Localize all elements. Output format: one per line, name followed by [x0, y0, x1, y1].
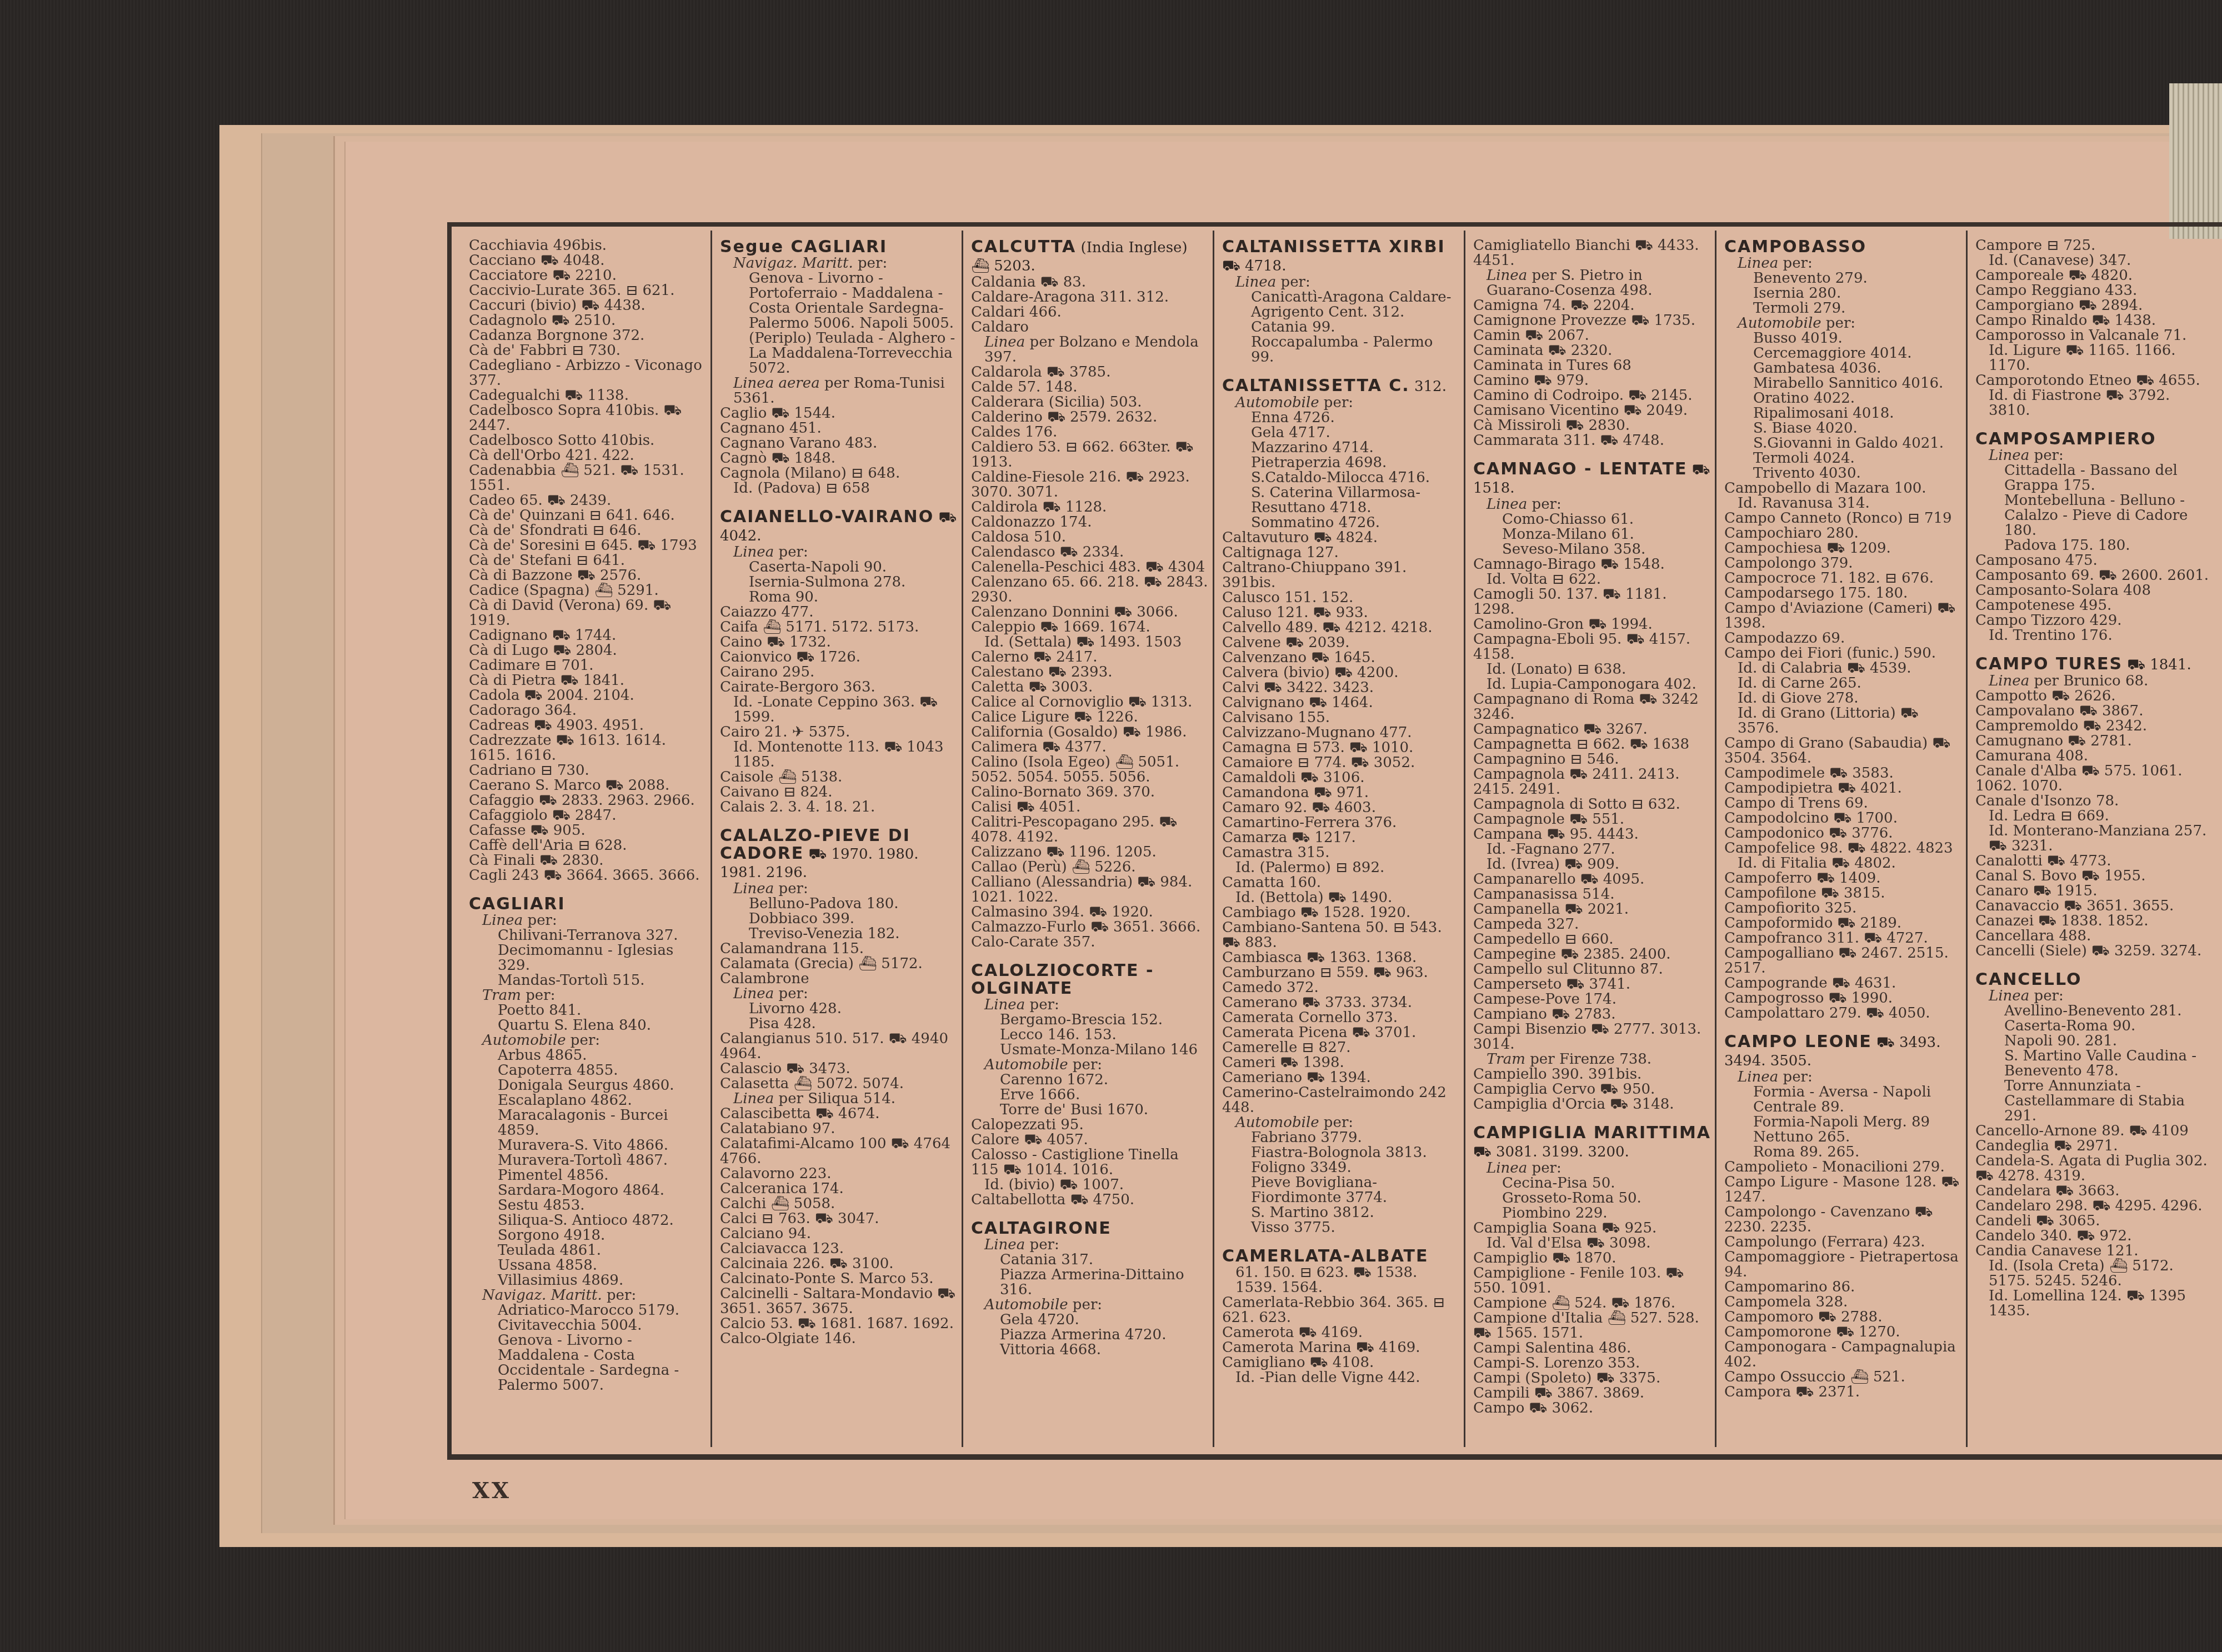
- index-entry: Campanarello ⛟ 4095.: [1473, 872, 1711, 887]
- index-entry: Cà Missiroli ⛟ 2830.: [1473, 418, 1711, 433]
- index-entry: Campi-S. Lorenzo 353.: [1473, 1356, 1711, 1371]
- index-entry: Calde 57. 148.: [971, 380, 1209, 395]
- transport-type-label: Linea: [1738, 1069, 1778, 1085]
- index-subentry: Montebelluna - Belluno - Calalzo - Pieve…: [1975, 493, 2215, 538]
- index-subentry: Chilivani-Terranova 327.: [469, 928, 707, 943]
- index-entry: Campodipietra ⛟ 4021.: [1724, 781, 1963, 796]
- transport-type-label: Linea: [1487, 1160, 1527, 1177]
- index-entry: Campagnano di Roma ⛟ 3242 3246.: [1473, 692, 1711, 722]
- index-subentry: Id. (Lonato) ⊟ 638.: [1473, 662, 1711, 677]
- index-entry: Campanasissa 514.: [1473, 887, 1711, 902]
- heading-text: CAMNAGO - LENTATE: [1473, 459, 1688, 479]
- index-entry: Camaldoli ⛟ 3106.: [1222, 770, 1460, 785]
- index-entry: Cà di Bazzone ⛟ 2576.: [469, 568, 707, 583]
- index-subentry: Pieve Bovigliana-Fiordimonte 3774.: [1222, 1175, 1460, 1205]
- index-entry: Camporeale ⛟ 4820.: [1975, 268, 2215, 283]
- index-entry: Caleppio ⛟ 1669. 1674.: [971, 620, 1209, 635]
- index-entry: Campese-Pove 174.: [1473, 992, 1711, 1007]
- index-subentry: Catania 99.: [1222, 320, 1460, 335]
- index-entry: Cadenabbia ⛴ 521. ⛟ 1531. 1551.: [469, 463, 707, 493]
- index-entry: Camerota Marina ⛟ 4169.: [1222, 1340, 1460, 1355]
- heading-text: CAIANELLO-VAIRANO: [720, 507, 934, 527]
- index-entry: Campogrande ⛟ 4631.: [1724, 976, 1963, 991]
- index-entry: Campotenese 495.: [1975, 598, 2215, 613]
- index-subentry: Id. (Bettola) ⛟ 1490.: [1222, 890, 1460, 905]
- index-entry: Campagnola di Sotto ⊟ 632.: [1473, 797, 1711, 812]
- index-subentry: Sorgono 4918.: [469, 1228, 707, 1243]
- index-subentry: Visso 3775.: [1222, 1220, 1460, 1235]
- index-entry: Campore ⊟ 725.: [1975, 238, 2215, 253]
- index-subentry: Napoli 90. 281.: [1975, 1034, 2215, 1049]
- index-subentry: Como-Chiasso 61.: [1473, 512, 1711, 527]
- index-entry: Cambiasca ⛟ 1363. 1368.: [1222, 950, 1460, 965]
- index-entry: Camastra 315.: [1222, 845, 1460, 860]
- index-subentry: Siliqua-S. Antioco 4872.: [469, 1213, 707, 1228]
- index-entry: Cancellara 488.: [1975, 929, 2215, 944]
- index-subentry: Id. -Lonate Ceppino 363. ⛟ 1599.: [720, 695, 958, 725]
- section-heading: CAMERLATA-ALBATE: [1222, 1248, 1460, 1265]
- index-subentry: Padova 175. 180.: [1975, 538, 2215, 553]
- index-subentry: S.Giovanni in Galdo 4021.: [1724, 436, 1963, 451]
- index-entry: Camposanto-Solara 408: [1975, 583, 2215, 598]
- heading-text: CALTANISSETTA XIRBI: [1222, 237, 1445, 257]
- index-entry: Campofelice 98. ⛟ 4822. 4823: [1724, 841, 1963, 856]
- index-subentry: Linea per:: [1473, 497, 1711, 512]
- index-subentry: Id. Lomellina 124. ⛟ 1395 1435.: [1975, 1289, 2215, 1319]
- index-subentry: Id. -Fagnano 277.: [1473, 842, 1711, 857]
- page-number: XX: [472, 1478, 511, 1504]
- index-entry: Calenella-Peschici 483. ⛟ 4304: [971, 560, 1209, 575]
- book-binding-edge: [2169, 83, 2222, 239]
- transport-type-label: Automobile: [984, 1296, 1068, 1313]
- index-entry: Candelo 340. ⛟ 972.: [1975, 1229, 2215, 1244]
- index-entry: Caltabellotta ⛟ 4750.: [971, 1193, 1209, 1208]
- index-entry: Calvignano ⛟ 1464.: [1222, 695, 1460, 710]
- index-entry: Caccivio-Lurate 365. ⊟ 621.: [469, 283, 707, 298]
- section-heading: CAMPO LEONE ⛟ 3493. 3494. 3505.: [1724, 1033, 1963, 1070]
- index-subentry: Torre Annunziata - Castellammare di Stab…: [1975, 1079, 2215, 1124]
- index-subentry: Villasimius 4869.: [469, 1273, 707, 1288]
- index-entry: Cairate-Bergoro 363.: [720, 680, 958, 695]
- index-entry: Campo ⛟ 3062.: [1473, 1401, 1711, 1416]
- index-subentry: Muravera-Tortolì 4867.: [469, 1153, 707, 1168]
- index-entry: Camaro 92. ⛟ 4603.: [1222, 800, 1460, 815]
- index-entry: Caionvico ⛟ 1726.: [720, 650, 958, 665]
- index-subentry: Trivento 4030.: [1724, 466, 1963, 481]
- index-subentry: Linea aerea per Roma-Tunisi 5361.: [720, 376, 958, 406]
- index-subentry: Termoli 4024.: [1724, 451, 1963, 466]
- index-entry: Candia Canavese 121.: [1975, 1244, 2215, 1259]
- index-entry: Campo di Trens 69.: [1724, 796, 1963, 811]
- index-subentry: S. Martino 3812.: [1222, 1205, 1460, 1220]
- index-subentry: Id. (Ivrea) ⛟ 909.: [1473, 857, 1711, 872]
- index-entry: Caisole ⛴ 5138.: [720, 770, 958, 785]
- index-entry: Cadagnolo ⛟ 2510.: [469, 313, 707, 328]
- index-subentry: Ussana 4858.: [469, 1258, 707, 1273]
- index-subentry: Catania 317.: [971, 1253, 1209, 1268]
- index-subentry: Fabriano 3779.: [1222, 1130, 1460, 1145]
- heading-text: CALTAGIRONE: [971, 1219, 1112, 1238]
- index-entry: Campo Reggiano 433.: [1975, 283, 2215, 298]
- index-entry: Campana ⛟ 95. 4443.: [1473, 827, 1711, 842]
- index-subentry: Canicattì-Aragona Caldare-Agrigento Cent…: [1222, 290, 1460, 320]
- index-entry: Cadelbosco Sopra 410bis. ⛟ 2447.: [469, 403, 707, 433]
- index-entry: Caifa ⛴ 5171. 5172. 5173.: [720, 620, 958, 635]
- index-entry: Cancello-Arnone 89. ⛟ 4109: [1975, 1124, 2215, 1139]
- index-entry: Calopezzati 95.: [971, 1118, 1209, 1133]
- index-subentry: Pimentel 4856.: [469, 1168, 707, 1183]
- index-subentry: Id. Volta ⊟ 622.: [1473, 572, 1711, 587]
- heading-text: CAGLIARI: [469, 894, 565, 914]
- index-entry: Caltrano-Chiuppano 391. 391bis.: [1222, 560, 1460, 590]
- heading-text: Segue CAGLIARI: [720, 237, 887, 257]
- index-subentry: Automobile per:: [1724, 316, 1963, 331]
- index-entry: Campomarino 86.: [1724, 1280, 1963, 1295]
- index-entry: Cagnola (Milano) ⊟ 648.: [720, 466, 958, 481]
- index-subentry: Automobile per:: [469, 1033, 707, 1048]
- index-entry: Cà de' Quinzani ⊟ 641. 646.: [469, 508, 707, 523]
- index-subentry: Linea per:: [971, 1238, 1209, 1253]
- index-subentry: Escalaplano 4862.: [469, 1093, 707, 1108]
- index-subentry: Id. (Palermo) ⊟ 892.: [1222, 860, 1460, 875]
- index-entry: Calcinelli - Saltara-Mondavio ⛟ 3651. 36…: [720, 1286, 958, 1316]
- index-subentry: Id. Val d'Elsa ⛟ 3098.: [1473, 1236, 1711, 1251]
- index-entry: Camposanto 69. ⛟ 2600. 2601.: [1975, 568, 2215, 583]
- transport-type-label: Automobile: [1235, 394, 1319, 411]
- index-entry: Calatabiano 97.: [720, 1122, 958, 1137]
- index-subentry: Vittoria 4668.: [971, 1343, 1209, 1358]
- index-subentry: Capoterra 4855.: [469, 1063, 707, 1078]
- index-entry: Camino ⛟ 979.: [1473, 373, 1711, 388]
- heading-text: CALCUTTA: [971, 237, 1076, 257]
- index-entry: Calangianus 510. 517. ⛟ 4940 4964.: [720, 1032, 958, 1062]
- index-subentry: Mandas-Tortolì 515.: [469, 973, 707, 988]
- index-subentry: Piazza Armerina-Dittaino 316.: [971, 1268, 1209, 1298]
- index-subentry: Avellino-Benevento 281.: [1975, 1004, 2215, 1019]
- index-entry: Campagnatico ⛟ 3267.: [1473, 722, 1711, 737]
- index-entry: Caldania ⛟ 83.: [971, 275, 1209, 290]
- index-column-7: Campore ⊟ 725.Id. (Canavese) 347.Campore…: [1968, 231, 2219, 1447]
- index-entry: Campagnole ⛟ 551.: [1473, 812, 1711, 827]
- index-subentry: Id. di Calabria ⛟ 4539.: [1724, 661, 1963, 676]
- index-entry: Cammarata 311. ⛟ 4748.: [1473, 433, 1711, 448]
- index-subentry: Linea per:: [1473, 1161, 1711, 1176]
- index-entry: Camatta 160.: [1222, 875, 1460, 890]
- index-entry: Camerata Cornello 373.: [1222, 1010, 1460, 1025]
- index-entry: Calcinaia 226. ⛟ 3100.: [720, 1256, 958, 1271]
- index-subentry: Caserta-Napoli 90.: [720, 560, 958, 575]
- index-subentry: Gambatesa 4036.: [1724, 361, 1963, 376]
- index-entry: Calascio ⛟ 3473.: [720, 1062, 958, 1077]
- index-subentry: Piombino 229.: [1473, 1206, 1711, 1221]
- section-heading: CALOLZIOCORTE - OLGINATE: [971, 962, 1209, 998]
- index-entry: Cadeo 65. ⛟ 2439.: [469, 493, 707, 508]
- index-entry: Calamandrana 115.: [720, 942, 958, 957]
- index-subentry: Linea per:: [1724, 256, 1963, 271]
- index-subentry: Sestu 4853.: [469, 1198, 707, 1213]
- index-subentry: Pietraperzia 4698.: [1222, 455, 1460, 470]
- index-subentry: Treviso-Venezia 182.: [720, 927, 958, 942]
- index-subentry: Piazza Armerina 4720.: [971, 1328, 1209, 1343]
- transport-type-label: Tram: [1487, 1051, 1525, 1068]
- index-entry: Calvene ⛟ 2039.: [1222, 635, 1460, 650]
- index-subentry: Grosseto-Roma 50.: [1473, 1191, 1711, 1206]
- transport-type-label: Linea: [1989, 988, 2029, 1004]
- index-entry: Cameriano ⛟ 1394.: [1222, 1070, 1460, 1085]
- index-entry: Calco-Olgiate 146.: [720, 1331, 958, 1346]
- index-subentry: Decimomannu - Iglesias 329.: [469, 943, 707, 973]
- index-entry: Canal S. Bovo ⛟ 1955.: [1975, 869, 2215, 884]
- index-entry: Campofilone ⛟ 3815.: [1724, 886, 1963, 901]
- index-entry: Camarza ⛟ 1217.: [1222, 830, 1460, 845]
- index-entry: Calavorno 223.: [720, 1167, 958, 1182]
- index-entry: Calasetta ⛴ 5072. 5074.: [720, 1077, 958, 1092]
- index-entry: Campagnetta ⊟ 662. ⛟ 1638: [1473, 737, 1711, 752]
- heading-text: CANCELLO: [1975, 970, 2082, 989]
- index-subentry: Livorno 428.: [720, 1002, 958, 1017]
- transport-type-label: Linea: [984, 334, 1025, 351]
- transport-type-label: Tram: [482, 987, 521, 1004]
- index-subentry: Quartu S. Elena 840.: [469, 1018, 707, 1033]
- index-subentry: Id. Lupia-Camponogara 402.: [1473, 677, 1711, 692]
- index-entry: Caldes 176.: [971, 425, 1209, 440]
- index-subentry: Seveso-Milano 358.: [1473, 542, 1711, 557]
- index-entry: Campora ⛟ 2371.: [1724, 1385, 1963, 1400]
- index-entry: Camigliatello Bianchi ⛟ 4433. 4451.: [1473, 238, 1711, 268]
- index-entry: Calci ⊟ 763. ⛟ 3047.: [720, 1212, 958, 1227]
- index-entry: Calliano (Alessandria) ⛟ 984. 1021. 1022…: [971, 875, 1209, 905]
- index-entry: Campomoro ⛟ 2788.: [1724, 1310, 1963, 1325]
- heading-refs: ⛟ 1841.: [2123, 657, 2191, 673]
- index-entry: Calerno ⛟ 2417.: [971, 650, 1209, 665]
- index-entry: Calvisano 155.: [1222, 710, 1460, 725]
- index-subentry: Lecco 146. 153.: [971, 1028, 1209, 1043]
- index-entry: Cagnano Varano 483.: [720, 436, 958, 451]
- index-entry: Campodimele ⛟ 3583.: [1724, 766, 1963, 781]
- index-subentry: Monza-Milano 61.: [1473, 527, 1711, 542]
- index-entry: Calimera ⛟ 4377.: [971, 740, 1209, 755]
- index-entry: Campo Rinaldo ⛟ 1438.: [1975, 313, 2215, 328]
- index-subentry: Id. di Carne 265.: [1724, 676, 1963, 691]
- index-entry: California (Gosaldo) ⛟ 1986.: [971, 725, 1209, 740]
- index-subentry: Id. Ligure ⛟ 1165. 1166. 1170.: [1975, 343, 2215, 373]
- index-subentry: Cercemaggiore 4014.: [1724, 346, 1963, 361]
- index-entry: Campiglio ⛟ 1870.: [1473, 1251, 1711, 1266]
- index-entry: Cafasse ⛟ 905.: [469, 823, 707, 838]
- index-entry: Campofranco 311. ⛟ 4727.: [1724, 931, 1963, 946]
- index-entry: Cairo 21. ✈ 5375.: [720, 725, 958, 740]
- index-subentry: Automobile per:: [1222, 396, 1460, 411]
- index-entry: Campofiorito 325.: [1724, 901, 1963, 916]
- index-subentry: Linea per:: [469, 913, 707, 928]
- index-entry: Calizzano ⛟ 1196. 1205.: [971, 845, 1209, 860]
- index-subentry: Id. -Pian delle Vigne 442.: [1222, 1370, 1460, 1385]
- index-subentry: Formia-Napoli Merg. 89: [1724, 1115, 1963, 1130]
- index-entry: Camerino-Castelraimondo 242 448.: [1222, 1085, 1460, 1115]
- heading-text: CAMPIGLIA MARITTIMA: [1473, 1123, 1711, 1143]
- index-entry: Camerota ⛟ 4169.: [1222, 1325, 1460, 1340]
- index-entry: Candeglia ⛟ 2971.: [1975, 1139, 2215, 1154]
- index-entry: Cambiano-Santena 50. ⊟ 543. ⛟ 883.: [1222, 920, 1460, 950]
- index-subentry: Id. di Fiastrone ⛟ 3792. 3810.: [1975, 388, 2215, 418]
- index-entry: Calmazzo-Furlo ⛟ 3651. 3666.: [971, 920, 1209, 935]
- section-heading: CAGLIARI: [469, 895, 707, 913]
- section-heading: CAMPIGLIA MARITTIMA ⛟ 3081. 3199. 3200.: [1473, 1124, 1711, 1161]
- index-entry: Campione ⛴ 524. ⛟ 1876.: [1473, 1296, 1711, 1311]
- index-subentry: Navigaz. Maritt. per:: [469, 1288, 707, 1303]
- index-subentry: Fiastra-Bolognola 3813.: [1222, 1145, 1460, 1160]
- index-subentry: Linea per S. Pietro in Guarano-Cosenza 4…: [1473, 268, 1711, 298]
- index-entry: Campogalliano ⛟ 2467. 2515. 2517.: [1724, 946, 1963, 976]
- heading-text: CAMPOBASSO: [1724, 237, 1866, 257]
- index-column-1: Cacchiavia 496bis.Cacciano ⛟ 4048.Caccia…: [461, 231, 712, 1447]
- transport-type-label: Linea: [733, 880, 774, 897]
- index-entry: Caiazzo 477.: [720, 605, 958, 620]
- heading-text: CAMPO LEONE: [1724, 1032, 1872, 1052]
- index-subentry: Id. (Isola Creta) ⛴ 5172. 5175. 5245. 52…: [1975, 1259, 2215, 1289]
- index-entry: Cacciano ⛟ 4048.: [469, 253, 707, 268]
- index-entry: Calitri-Pescopagano 295. ⛟ 4078. 4192.: [971, 815, 1209, 845]
- index-subentry: Id. (bivio) ⛟ 1007.: [971, 1178, 1209, 1193]
- index-subentry: Caserta-Roma 90.: [1975, 1019, 2215, 1034]
- index-subentry: Gela 4720.: [971, 1313, 1209, 1328]
- index-entry: Campello sul Clitunno 87.: [1473, 962, 1711, 977]
- index-entry: Caldine-Fiesole 216. ⛟ 2923. 3070. 3071.: [971, 470, 1209, 500]
- index-entry: Calamata (Grecia) ⛴ 5172.: [720, 957, 958, 972]
- index-entry: Cameri ⛟ 1398.: [1222, 1055, 1460, 1070]
- index-entry: Campodolcino ⛟ 1700.: [1724, 811, 1963, 826]
- index-subentry: Linea per:: [720, 987, 958, 1002]
- index-entry: Caino ⛟ 1732.: [720, 635, 958, 650]
- index-entry: Cà de' Sfondrati ⊟ 646.: [469, 523, 707, 538]
- transport-type-label: Linea: [1235, 274, 1276, 291]
- transport-type-label: Automobile: [1235, 1114, 1319, 1131]
- index-entry: Calisi ⛟ 4051.: [971, 800, 1209, 815]
- index-subentry: Id. Ledra ⊟ 669.: [1975, 809, 2215, 824]
- index-entry: Campanella ⛟ 2021.: [1473, 902, 1711, 917]
- index-entry: Camerelle ⊟ 827.: [1222, 1040, 1460, 1055]
- index-entry: Camerano ⛟ 3733. 3734.: [1222, 995, 1460, 1010]
- index-entry: Cadignano ⛟ 1744.: [469, 628, 707, 643]
- index-entry: Calceranica 174.: [720, 1182, 958, 1197]
- index-subentry: Tram per Firenze 738.: [1473, 1052, 1711, 1067]
- index-subentry: Linea per:: [971, 998, 1209, 1013]
- index-entry: Campomaggiore - Pietrapertosa 94.: [1724, 1250, 1963, 1280]
- index-column-3: CALCUTTA (India Inglese) ⛴ 5203.Caldania…: [963, 231, 1214, 1447]
- transport-type-label: Linea aerea: [733, 375, 820, 392]
- index-entry: Camedo 372.: [1222, 980, 1460, 995]
- index-entry: Campagnino ⊟ 546.: [1473, 752, 1711, 767]
- index-entry: Campiano ⛟ 2783.: [1473, 1007, 1711, 1022]
- section-heading: CALTAGIRONE: [971, 1220, 1209, 1238]
- index-entry: Caccuri (bivio) ⛟ 4438.: [469, 298, 707, 313]
- index-subentry: Donigala Seurgus 4860.: [469, 1078, 707, 1093]
- transport-type-label: Linea: [482, 912, 523, 929]
- index-entry: Calestano ⛟ 2393.: [971, 665, 1209, 680]
- index-entry: Cadorago 364.: [469, 703, 707, 718]
- index-entry: Cagnano 451.: [720, 421, 958, 436]
- index-subentry: Linea per:: [720, 545, 958, 560]
- index-subentry: Linea per Brunico 68.: [1975, 674, 2215, 689]
- index-entry: Calendasco ⛟ 2334.: [971, 545, 1209, 560]
- index-entry: Campodazzo 69.: [1724, 631, 1963, 646]
- index-entry: Camporosso in Valcanale 71.: [1975, 328, 2215, 343]
- index-entry: Caldari 466.: [971, 305, 1209, 320]
- index-entry: Camperseto ⛟ 3741.: [1473, 977, 1711, 992]
- index-entry: Cadelbosco Sotto 410bis.: [469, 433, 707, 448]
- index-subentry: Dobbiaco 399.: [720, 912, 958, 927]
- index-subentry: Enna 4726.: [1222, 411, 1460, 425]
- transport-type-label: Linea: [984, 997, 1025, 1013]
- index-entry: Calambrone: [720, 972, 958, 987]
- heading-text: CALOLZIOCORTE - OLGINATE: [971, 961, 1154, 998]
- index-entry: Cadegliano - Arbizzo - Viconago 377.: [469, 358, 707, 388]
- index-subentry: Termoli 279.: [1724, 301, 1963, 316]
- index-subentry: Id. di Giove 278.: [1724, 691, 1963, 706]
- index-entry: Campili ⛟ 3867. 3869.: [1473, 1386, 1711, 1401]
- index-subentry: Benevento 279.: [1724, 271, 1963, 286]
- index-subentry: Automobile per:: [971, 1058, 1209, 1073]
- section-heading: CALALZO-PIEVE DI CADORE ⛟ 1970. 1980. 19…: [720, 827, 958, 882]
- index-entry: Calusco 151. 152.: [1222, 590, 1460, 605]
- index-entry: Camino di Codroipo. ⛟ 2145.: [1473, 388, 1711, 403]
- index-entry: Cà di David (Verona) 69. ⛟ 1919.: [469, 598, 707, 628]
- index-subentry: (Periplo) Teulada - Alghero - La Maddale…: [720, 331, 958, 376]
- index-subentry: Mirabello Sannitico 4016.: [1724, 376, 1963, 391]
- index-subentry: Formia - Aversa - Napoli Centrale 89.: [1724, 1085, 1963, 1115]
- index-entry: Campiello 390. 391bis.: [1473, 1067, 1711, 1082]
- transport-type-label: Linea: [1989, 447, 2029, 464]
- index-entry: Caminata in Tures 68: [1473, 358, 1711, 373]
- index-entry: Calino (Isola Egeo) ⛴ 5051. 5052. 5054. …: [971, 755, 1209, 785]
- transport-type-label: Linea: [1487, 496, 1527, 513]
- index-entry: Campo Tizzoro 429.: [1975, 613, 2215, 628]
- index-entry: Camin ⛟ 2067.: [1473, 328, 1711, 343]
- index-entry: Camigliano ⛟ 4108.: [1222, 1355, 1460, 1370]
- section-heading: CALTANISSETTA XIRBI ⛟ 4718.: [1222, 238, 1460, 275]
- index-subentry: Roma 90.: [720, 590, 958, 605]
- transport-type-label: Linea: [733, 985, 774, 1002]
- index-entry: Caivano ⊟ 824.: [720, 785, 958, 800]
- index-entry: Campolongo 379.: [1724, 556, 1963, 571]
- index-subentry: Poetto 841.: [469, 1003, 707, 1018]
- index-subentry: Linea per Siliqua 514.: [720, 1092, 958, 1107]
- index-entry: Campione d'Italia ⛴ 527. 528. ⛟ 1565. 15…: [1473, 1311, 1711, 1341]
- index-entry: Calenzano Donnini ⛟ 3066.: [971, 605, 1209, 620]
- section-heading: CAMPO TURES ⛟ 1841.: [1975, 655, 2215, 674]
- index-subentry: Genova - Livorno - Maddalena - Costa Occ…: [469, 1333, 707, 1393]
- index-subentry: Gela 4717.: [1222, 425, 1460, 440]
- index-entry: Camporgiano ⛟ 2894.: [1975, 298, 2215, 313]
- index-entry: Calcinato-Ponte S. Marco 53.: [720, 1271, 958, 1286]
- index-subentry: Bergamo-Brescia 152.: [971, 1013, 1209, 1028]
- transport-type-label: Linea: [733, 544, 774, 560]
- index-entry: Campi (Spoleto) ⛟ 3375.: [1473, 1371, 1711, 1386]
- transport-type-label: Linea: [733, 1090, 774, 1107]
- transport-type-label: Linea: [1487, 267, 1527, 284]
- index-entry: Campi Bisenzio ⛟ 2777. 3013. 3014.: [1473, 1022, 1711, 1052]
- section-heading: CAMPOBASSO: [1724, 238, 1963, 256]
- index-subentry: Civitavecchia 5004.: [469, 1318, 707, 1333]
- index-entry: Calchi ⛴ 5058.: [720, 1197, 958, 1212]
- index-subentry: Id. (Settala) ⛟ 1493. 1503: [971, 635, 1209, 650]
- index-entry: Campoformido ⛟ 2189.: [1724, 916, 1963, 931]
- index-entry: Calderara (Sicilia) 503.: [971, 395, 1209, 410]
- index-entry: Campodarsego 175. 180.: [1724, 586, 1963, 601]
- index-entry: Cadanza Borgnone 372.: [469, 328, 707, 343]
- index-entry: Calciano 94.: [720, 1227, 958, 1241]
- index-entry: Campiglia Soana ⛟ 925.: [1473, 1221, 1711, 1236]
